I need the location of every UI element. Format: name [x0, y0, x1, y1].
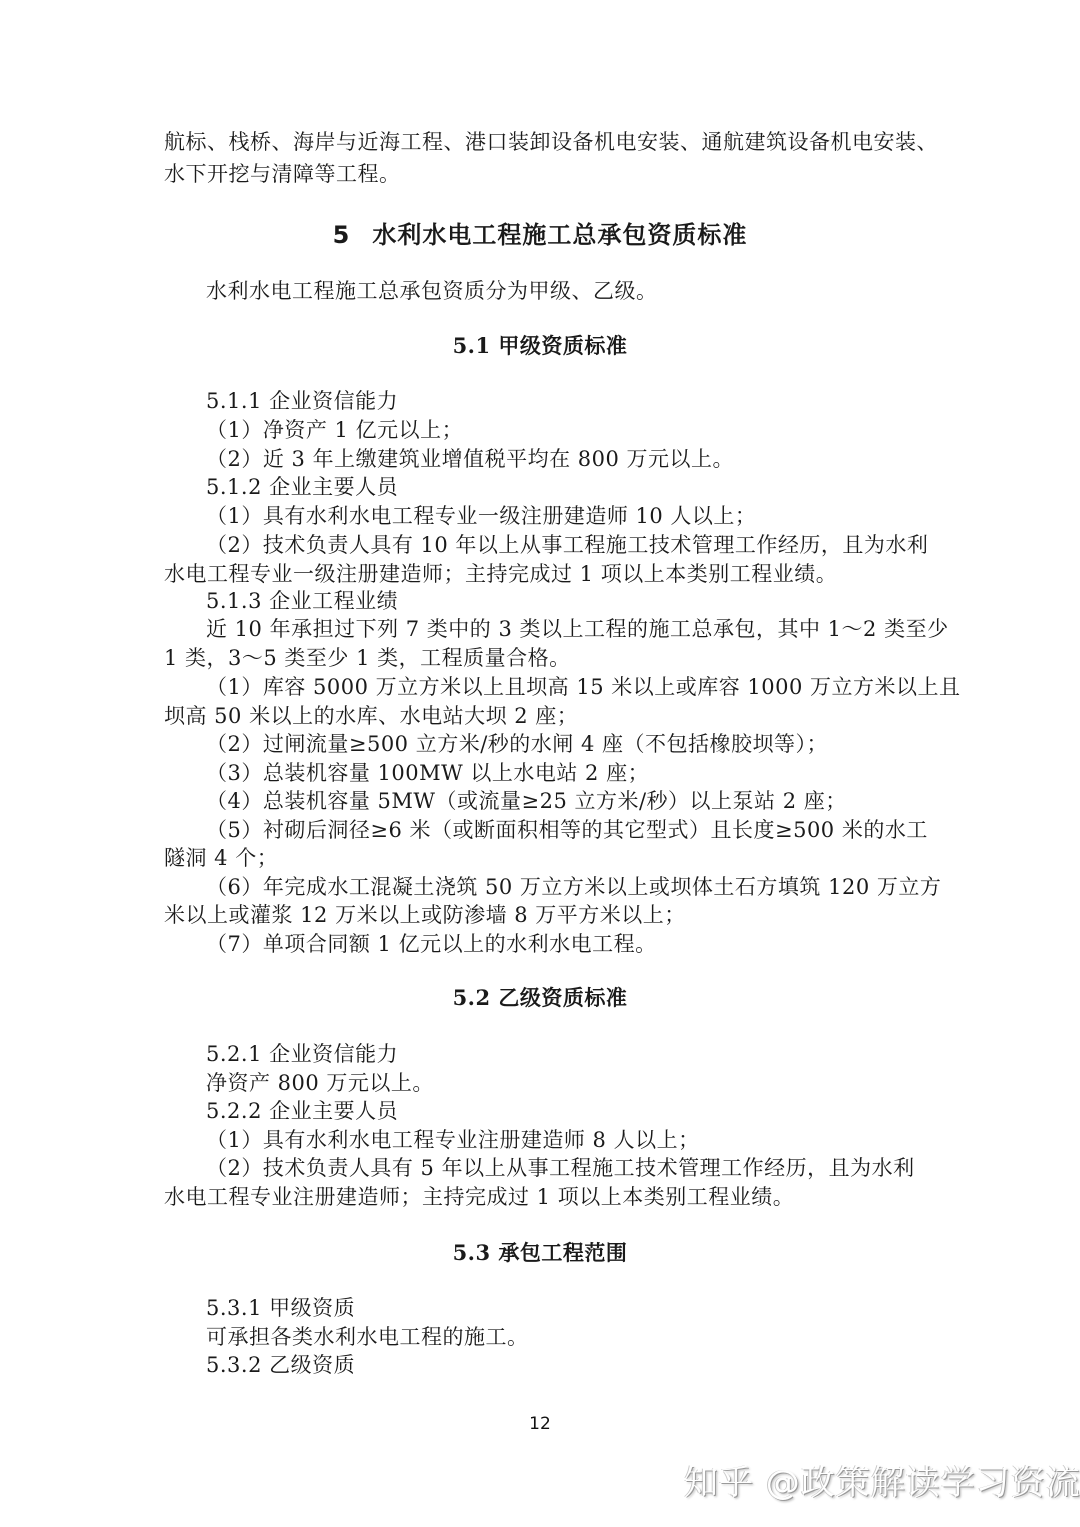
section-5-1-3-item-3: （3）总装机容量 100MW 以上水电站 2 座； — [206, 758, 649, 788]
section-5-1-3-item-5: （5）衬砌后洞径≥6 米（或断面积相等的其它型式）且长度≥500 米的水工 — [206, 815, 928, 845]
section-5-number: 5 — [333, 221, 351, 249]
section-5-1-3-item-1: （1）库容 5000 万立方米以上且坝高 15 米以上或库容 1000 万立方米… — [206, 672, 961, 702]
section-5-intro: 水利水电工程施工总承包资质分为甲级、乙级。 — [206, 276, 658, 306]
section-5-1-2-heading: 5.1.2 企业主要人员 — [206, 472, 398, 502]
section-5-1-3-item-5-cont: 隧洞 4 个； — [164, 843, 278, 873]
continuation-line-1: 航标、栈桥、海岸与近海工程、港口装卸设备机电安装、通航建筑设备机电安装、 — [164, 127, 938, 157]
section-5-1-heading: 5.1 甲级资质标准 — [0, 330, 1080, 360]
section-5-1-3-item-4: （4）总装机容量 5MW（或流量≥25 立方米/秒）以上泵站 2 座； — [206, 786, 847, 816]
zhihu-watermark: 知乎 @政策解读学习资流 — [684, 1455, 1080, 1504]
section-5-1-1-heading: 5.1.1 企业资信能力 — [206, 386, 398, 416]
section-5-title: 5水利水电工程施工总承包资质标准 — [0, 215, 1080, 250]
page-number: 12 — [0, 1414, 1080, 1434]
section-5-1-3-intro-2: 1 类，3～5 类至少 1 类，工程质量合格。 — [164, 643, 571, 673]
section-5-1-3-item-2: （2）过闸流量≥500 立方米/秒的水闸 4 座（不包括橡胶坝等）； — [206, 729, 828, 759]
section-5-1-3-heading: 5.1.3 企业工程业绩 — [206, 586, 398, 616]
section-5-title-text: 水利水电工程施工总承包资质标准 — [372, 221, 747, 249]
section-5-1-2-item-2-cont: 水电工程专业一级注册建造师；主持完成过 1 项以上本类别工程业绩。 — [164, 559, 837, 589]
section-5-1-3-item-6-cont: 米以上或灌浆 12 万米以上或防渗墙 8 万平方米以上； — [164, 900, 686, 930]
section-5-3-heading: 5.3 承包工程范围 — [0, 1237, 1080, 1267]
document-page: 航标、栈桥、海岸与近海工程、港口装卸设备机电安装、通航建筑设备机电安装、 水下开… — [0, 0, 1080, 1527]
section-5-1-3-item-7: （7）单项合同额 1 亿元以上的水利水电工程。 — [206, 929, 657, 959]
section-5-2-heading: 5.2 乙级资质标准 — [0, 982, 1080, 1012]
section-5-1-1-item-2: （2）近 3 年上缴建筑业增值税平均在 800 万元以上。 — [206, 444, 734, 474]
section-5-2-2-item-2-cont: 水电工程专业注册建造师；主持完成过 1 项以上本类别工程业绩。 — [164, 1182, 794, 1212]
section-5-1-3-item-6: （6）年完成水工混凝土浇筑 50 万立方米以上或坝体土石方填筑 120 万立方 — [206, 872, 941, 902]
section-5-1-2-item-1: （1）具有水利水电工程专业一级注册建造师 10 人以上； — [206, 501, 756, 531]
section-5-1-1-item-1: （1）净资产 1 亿元以上； — [206, 415, 463, 445]
section-5-3-1-heading: 5.3.1 甲级资质 — [206, 1293, 355, 1323]
section-5-1-3-intro-1: 近 10 年承担过下列 7 类中的 3 类以上工程的施工总承包，其中 1～2 类… — [206, 614, 949, 644]
section-5-1-3-item-1-cont: 坝高 50 米以上的水库、水电站大坝 2 座； — [164, 701, 578, 731]
section-5-2-1-item-1: 净资产 800 万元以上。 — [206, 1068, 434, 1098]
section-5-2-1-heading: 5.2.1 企业资信能力 — [206, 1039, 398, 1069]
section-5-2-2-item-2: （2）技术负责人具有 5 年以上从事工程施工技术管理工作经历，且为水利 — [206, 1153, 915, 1183]
section-5-2-2-item-1: （1）具有水利水电工程专业注册建造师 8 人以上； — [206, 1125, 700, 1155]
continuation-line-2: 水下开挖与清障等工程。 — [164, 159, 401, 189]
section-5-3-1-text: 可承担各类水利水电工程的施工。 — [206, 1322, 529, 1352]
section-5-3-2-heading: 5.3.2 乙级资质 — [206, 1350, 355, 1380]
section-5-2-2-heading: 5.2.2 企业主要人员 — [206, 1096, 398, 1126]
section-5-1-2-item-2: （2）技术负责人具有 10 年以上从事工程施工技术管理工作经历，且为水利 — [206, 530, 928, 560]
